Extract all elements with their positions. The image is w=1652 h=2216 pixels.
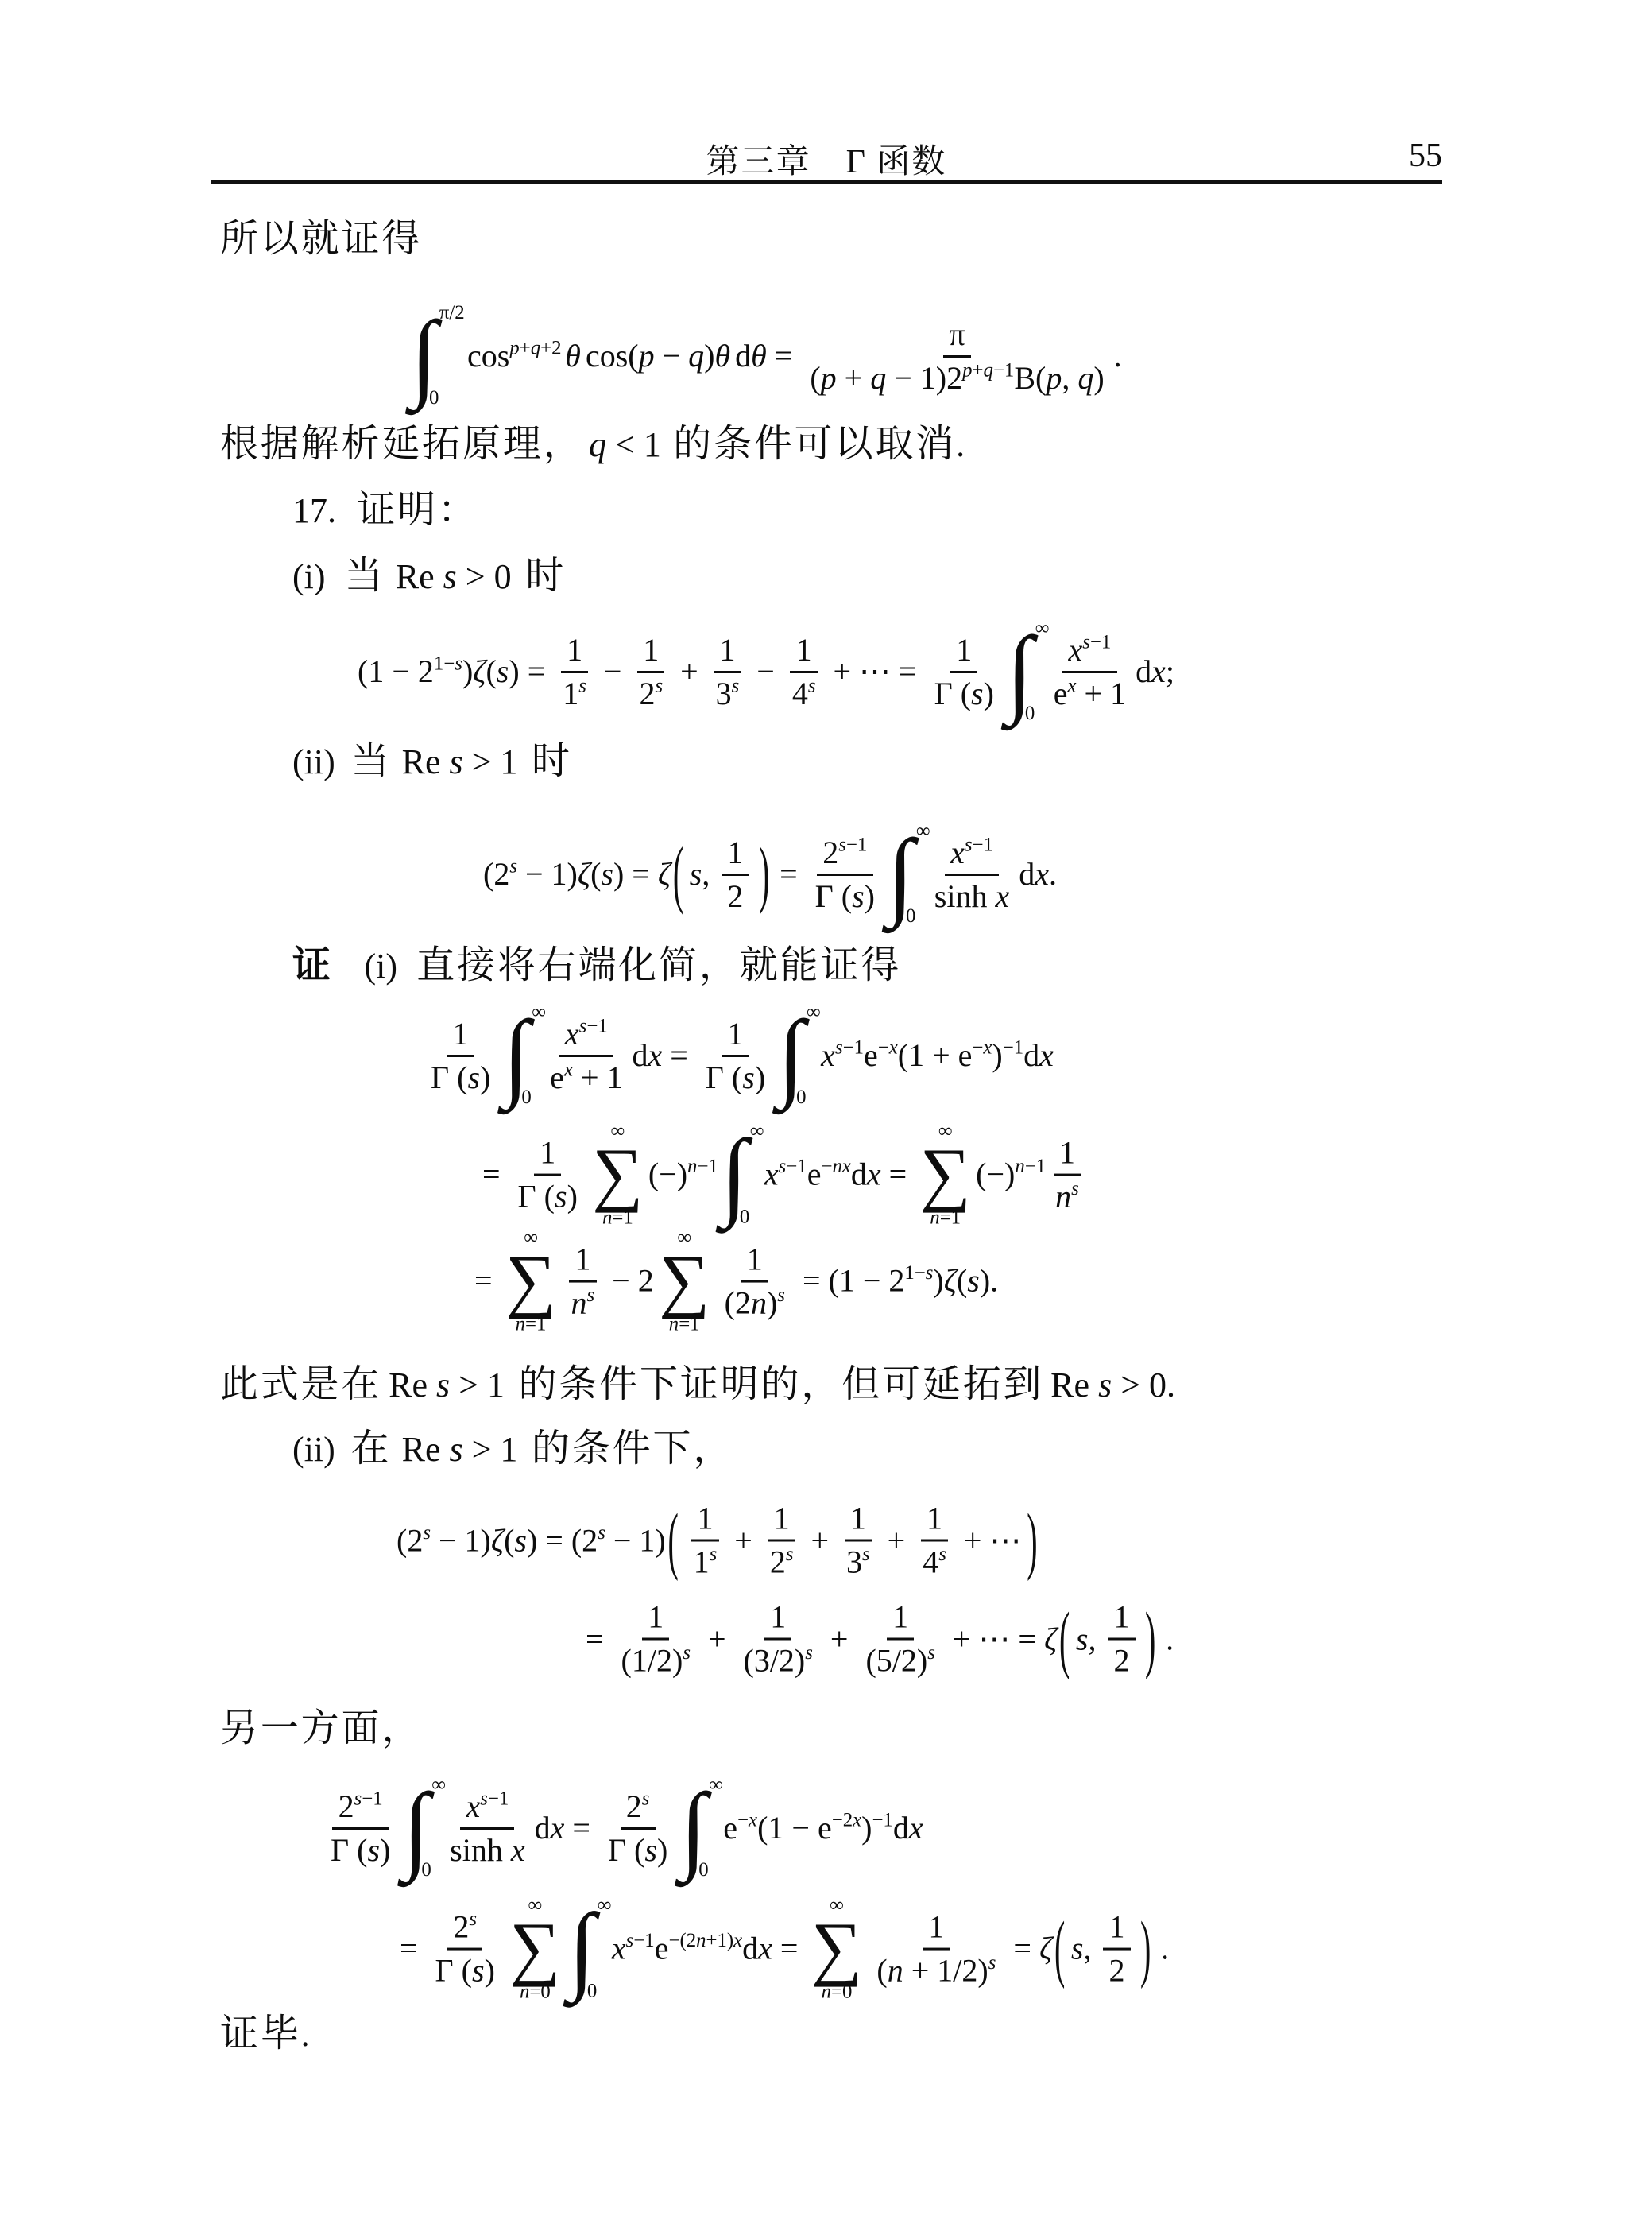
paragraph-extension-note: 此式是在Re s > 1 的条件下证明的，但可延拓到Re s > 0. <box>220 1362 1175 1408</box>
equation-proof-i-line1: 1Γ (s)∫∞0xs−1ex + 1dx = 1Γ (s)∫∞0xs−1e−x… <box>421 1003 1054 1108</box>
page-number: 55 <box>1409 137 1442 175</box>
equation-proof-ii-line1: (2s − 1)ζ(s) = (2s − 1)(11s + 12s + 13s … <box>397 1501 1039 1580</box>
equation-proof-i-line2: = 1Γ (s)∞∑n=1(−)n−1∫∞0xs−1e−nxdx = ∞∑n=1… <box>482 1122 1089 1229</box>
header-rule <box>211 180 1442 184</box>
equation-proof-i-line3: = ∞∑n=11ns − 2∞∑n=11(2n)s = (1 − 21−s)ζ(… <box>474 1228 998 1335</box>
item-ii-proof-condition: (ii)在Re s > 1 的条件下， <box>292 1426 733 1472</box>
paragraph-analytic-continuation: 根据解析延拓原理，q < 1 的条件可以取消. <box>220 421 965 467</box>
paragraph-other-hand: 另一方面， <box>220 1706 422 1752</box>
equation-eta-zeta: (1 − 21−s)ζ(s) = 11s − 12s + 13s − 14s +… <box>358 619 1174 724</box>
equation-cos-beta: ∫π/20cosp+q+2θcos(p − q)θdθ = π(p + q − … <box>408 304 1122 409</box>
paragraph-intro: 所以就证得 <box>220 216 422 262</box>
equation-sinh-line2: = 2sΓ (s)∞∑n=0∫∞0xs−1e−(2n+1)xdx = ∞∑n=0… <box>400 1896 1169 2003</box>
paragraph-qed: 证毕. <box>220 2011 310 2057</box>
item-i-condition: (i)当Re s > 0 时 <box>292 553 566 599</box>
equation-sinh-line1: 2s−1Γ (s)∫∞0xs−1sinh xdx = 2sΓ (s)∫∞0e−x… <box>321 1776 923 1881</box>
item-17-prove: 17.证明： <box>292 487 478 533</box>
item-ii-condition: (ii)当Re s > 1 时 <box>292 738 572 785</box>
chapter-header: 第三章 Γ 函数 <box>211 135 1442 183</box>
proof-start-line: 证(i)直接将右端化简，就能证得 <box>292 943 901 989</box>
book-page: 第三章 Γ 函数 55 所以就证得 ∫π/20cosp+q+2θcos(p − … <box>0 0 1652 2216</box>
equation-proof-ii-line2: = 1(1/2)s + 1(3/2)s + 1(5/2)s + ⋯ = ζ(s,… <box>586 1600 1174 1679</box>
equation-zeta-half-sinh: (2s − 1)ζ(s) = ζ(s, 12) = 2s−1Γ (s)∫∞0xs… <box>483 822 1057 927</box>
